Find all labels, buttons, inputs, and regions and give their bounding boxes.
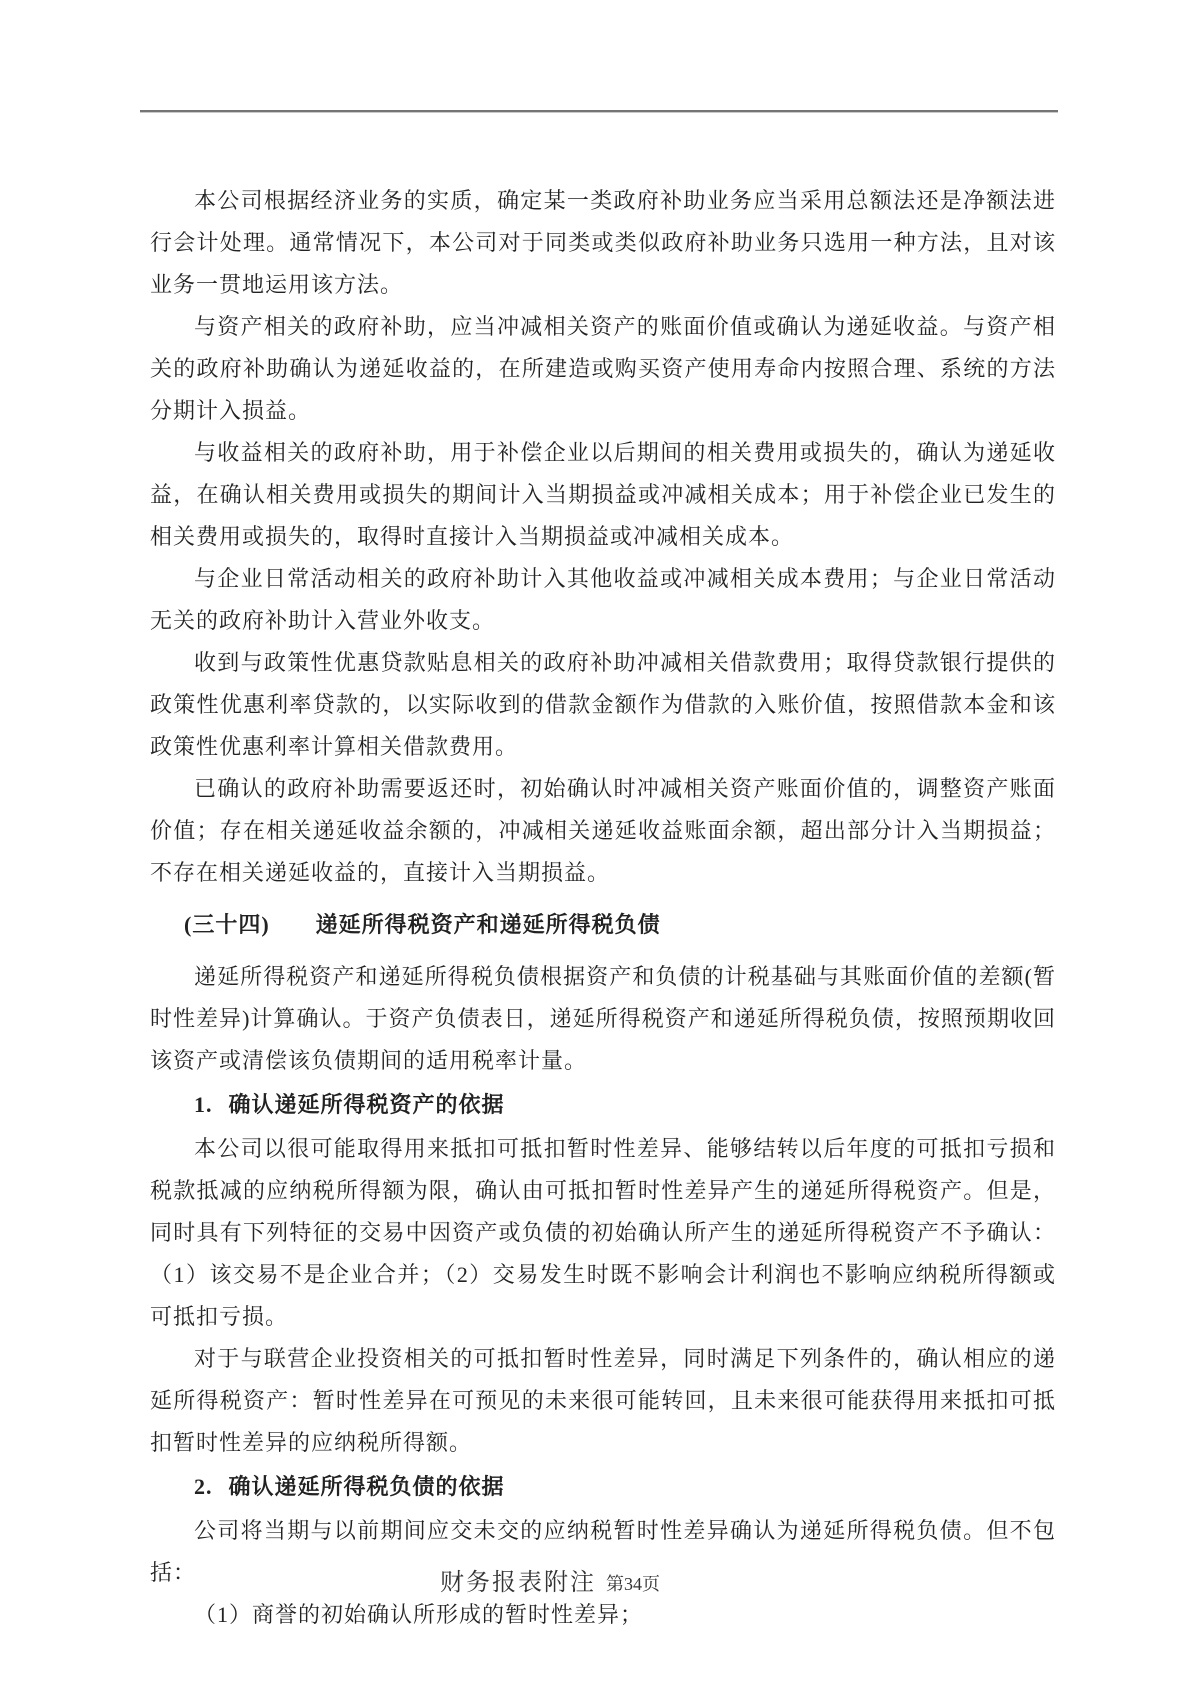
section-title: 递延所得税资产和递延所得税负债	[316, 912, 661, 937]
subsection-title: 确认递延所得税负债的依据	[229, 1474, 505, 1499]
page-content: 本公司根据经济业务的实质，确定某一类政府补助业务应当采用总额法还是净额法进行会计…	[150, 180, 1056, 1636]
paragraph: 本公司根据经济业务的实质，确定某一类政府补助业务应当采用总额法还是净额法进行会计…	[150, 180, 1056, 306]
paragraph: 与资产相关的政府补助，应当冲减相关资产的账面价值或确认为递延收益。与资产相关的政…	[150, 306, 1056, 432]
list-item: （1）商誉的初始确认所形成的暂时性差异；	[150, 1594, 1056, 1636]
document-page: 本公司根据经济业务的实质，确定某一类政府补助业务应当采用总额法还是净额法进行会计…	[0, 0, 1200, 1699]
subsection-number: 2.	[194, 1474, 213, 1499]
subsection-number: 1.	[194, 1092, 213, 1117]
paragraph: 收到与政策性优惠贷款贴息相关的政府补助冲减相关借款费用；取得贷款银行提供的政策性…	[150, 642, 1056, 768]
paragraph: 与企业日常活动相关的政府补助计入其他收益或冲减相关成本费用；与企业日常活动无关的…	[150, 558, 1056, 642]
paragraph: 已确认的政府补助需要返还时，初始确认时冲减相关资产账面价值的，调整资产账面价值；…	[150, 768, 1056, 894]
subsection-heading-1: 1.确认递延所得税资产的依据	[150, 1084, 1056, 1126]
footer-page-number: 第34页	[606, 1574, 660, 1594]
section-number: (三十四)	[184, 912, 270, 937]
paragraph: 对于与联营企业投资相关的可抵扣暂时性差异，同时满足下列条件的，确认相应的递延所得…	[150, 1338, 1056, 1464]
paragraph: 递延所得税资产和递延所得税负债根据资产和负债的计税基础与其账面价值的差额(暂时性…	[150, 956, 1056, 1082]
page-footer: 财务报表附注第34页	[0, 1562, 1100, 1597]
subsection-heading-2: 2.确认递延所得税负债的依据	[150, 1466, 1056, 1508]
header-divider	[140, 110, 1058, 113]
paragraph: 本公司以很可能取得用来抵扣可抵扣暂时性差异、能够结转以后年度的可抵扣亏损和税款抵…	[150, 1128, 1056, 1338]
footer-title: 财务报表附注	[440, 1570, 596, 1596]
section-heading: (三十四)递延所得税资产和递延所得税负债	[150, 904, 1056, 946]
subsection-title: 确认递延所得税资产的依据	[229, 1092, 505, 1117]
paragraph: 与收益相关的政府补助，用于补偿企业以后期间的相关费用或损失的，确认为递延收益，在…	[150, 432, 1056, 558]
